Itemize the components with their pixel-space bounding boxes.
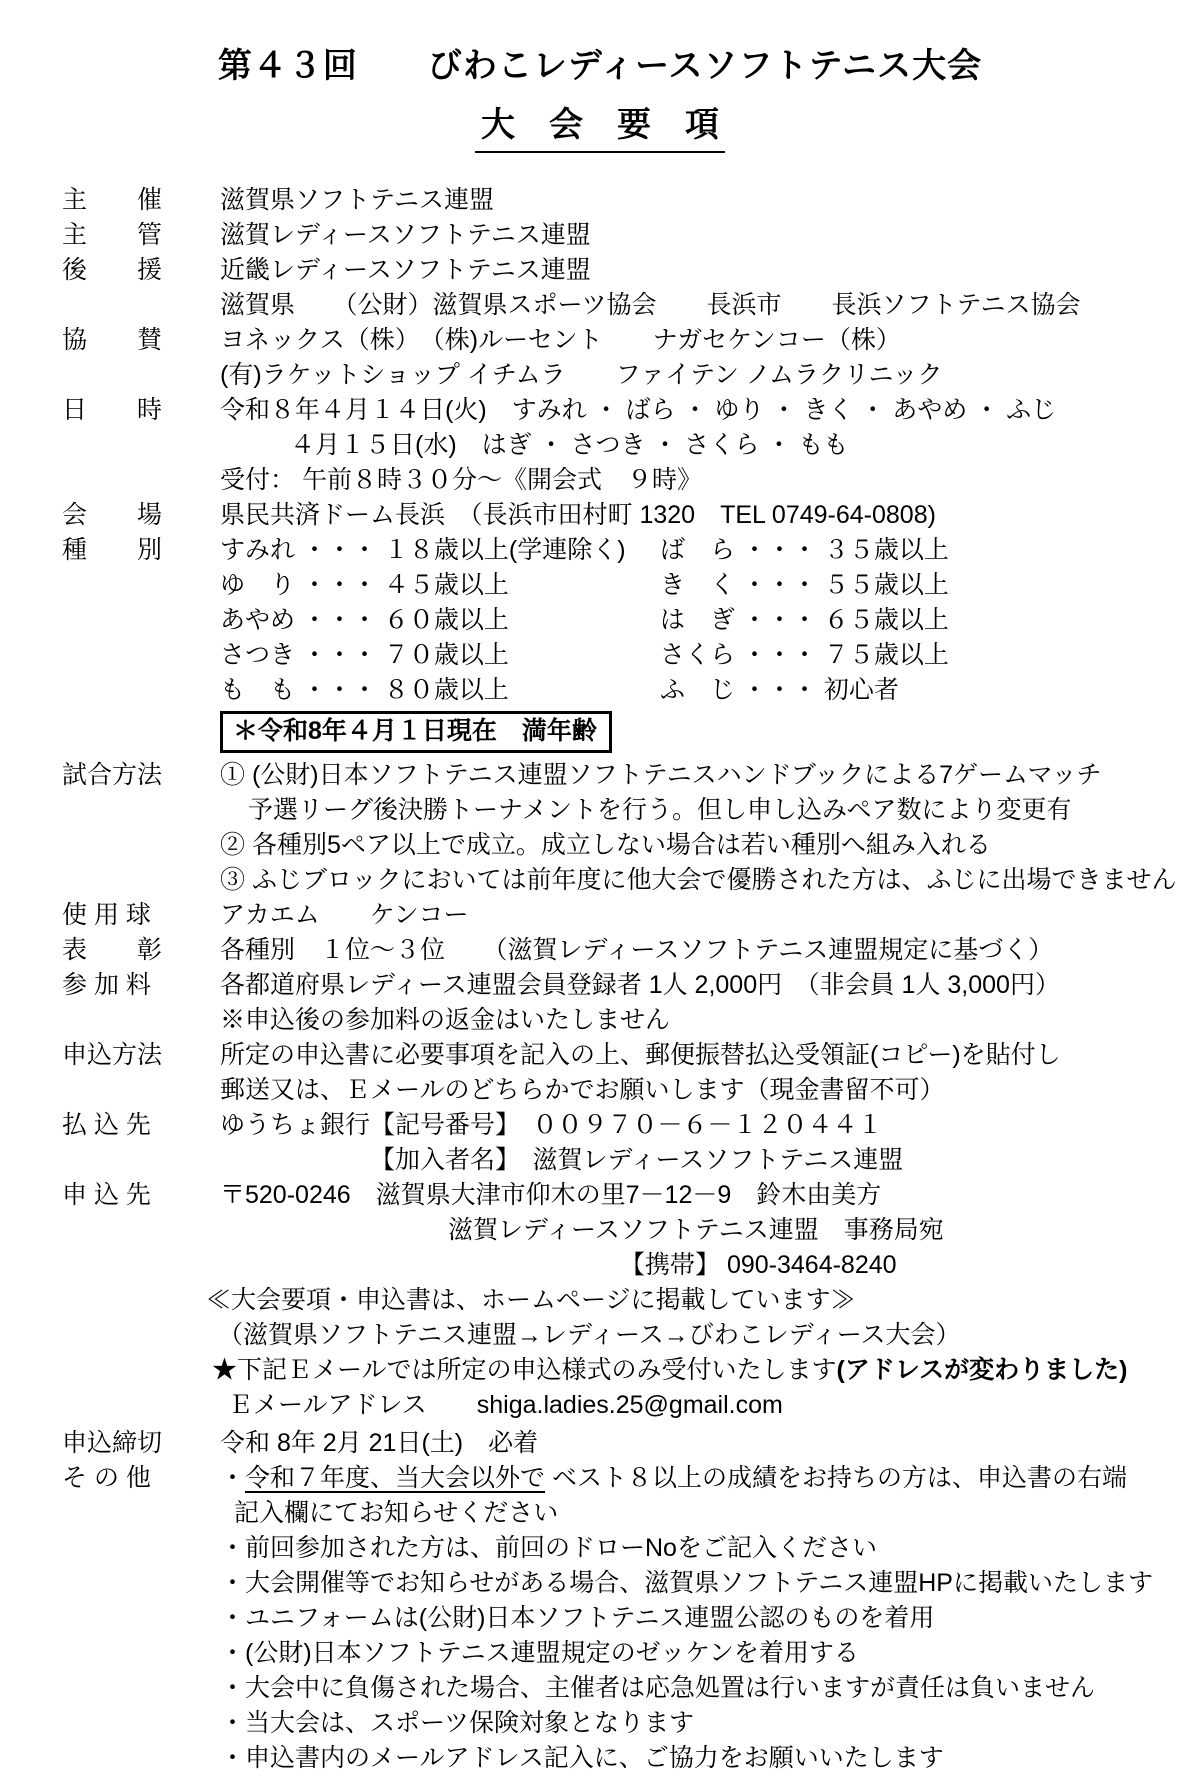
- row-content: (有)ラケットショップ イチムラ ファイテン ノムラクリニック: [220, 358, 943, 393]
- doc-row: ・当大会は、スポーツ保険対象となります: [62, 1706, 1160, 1741]
- doc-row: ・前回参加された方は、前回のドローNoをご記入ください: [62, 1531, 1160, 1566]
- row-content: ≪大会要項・申込書は、ホームページに掲載しています≫: [206, 1283, 856, 1318]
- text-segment: 受付： 午前８時３０分～《開会式 ９時》: [220, 466, 702, 494]
- row-content: Ｅメールアドレス shiga.ladies.25@gmail.com: [228, 1388, 783, 1423]
- text-segment: 滋賀レディースソフトテニス連盟 事務局宛: [448, 1216, 944, 1244]
- doc-row: ・申込書内のメールアドレス記入に、ご協力をお願いいたします: [62, 1741, 1160, 1776]
- text-segment: Ｅメールアドレス shiga.ladies.25@gmail.com: [228, 1391, 783, 1419]
- text-segment: さくら ・・・ ７５歳以上: [660, 641, 949, 669]
- text-segment: 令和８年４月１４日(火) すみれ ・ ばら ・ ゆり ・ きく ・ あやめ ・ …: [220, 396, 1056, 424]
- row-content: あやめ ・・・ ６０歳以上は ぎ ・・・ ６５歳以上: [220, 603, 949, 638]
- text-segment: ・前回参加された方は、前回のドローNoをご記入ください: [220, 1534, 877, 1562]
- doc-row: ・大会開催等でお知らせがある場合、滋賀県ソフトテニス連盟HPに掲載いたします: [62, 1566, 1160, 1601]
- doc-row: 【携帯】 090-3464-8240: [62, 1248, 1160, 1283]
- text-segment: は ぎ ・・・ ６５歳以上: [660, 606, 949, 634]
- row-label: 種 別: [62, 533, 174, 568]
- doc-row: 申込締切令和 8年 2月 21日(土) 必着: [62, 1426, 1160, 1461]
- doc-row: 参 加 料各都道府県レディース連盟会員登録者 1人 2,000円 （非会員 1人…: [62, 968, 1160, 1003]
- row-content: アカエム ケンコー: [220, 898, 469, 933]
- text-segment: 滋賀レディースソフトテニス連盟: [220, 221, 591, 249]
- text-segment: き く ・・・ ５５歳以上: [660, 571, 949, 599]
- doc-row: ・ユニフォームは(公財)日本ソフトテニス連盟公認のものを着用: [62, 1601, 1160, 1636]
- row-content: 県民共済ドーム長浜 （長浜市田村町 1320 TEL 0749-64-0808): [220, 498, 936, 533]
- text-segment: 記入欄にてお知らせください: [234, 1499, 558, 1527]
- doc-row: (有)ラケットショップ イチムラ ファイテン ノムラクリニック: [62, 358, 1160, 393]
- text-segment: ＊令和8年４月１日現在 満年齢: [233, 717, 597, 745]
- text-segment: 滋賀県 （公財）滋賀県スポーツ協会 長浜市 長浜ソフトテニス協会: [220, 291, 1081, 319]
- row-content: 滋賀県ソフトテニス連盟: [220, 183, 494, 218]
- doc-row: Ｅメールアドレス shiga.ladies.25@gmail.com: [62, 1388, 1160, 1423]
- row-label: 申 込 先: [62, 1178, 174, 1213]
- row-label: 払 込 先: [62, 1108, 174, 1143]
- doc-row: 後 援近畿レディースソフトテニス連盟: [62, 253, 1160, 288]
- text-segment: 【加入者名】 滋賀レディースソフトテニス連盟: [370, 1146, 903, 1174]
- doc-row: 【加入者名】 滋賀レディースソフトテニス連盟: [62, 1143, 1160, 1178]
- text-segment: ② 各種別5ペア以上で成立。成立しない場合は若い種別へ組み入れる: [220, 831, 991, 859]
- text-segment: 令和 8年 2月 21日(土) 必着: [220, 1429, 538, 1457]
- row-label: 協 賛: [62, 323, 174, 358]
- row-content: 滋賀県 （公財）滋賀県スポーツ協会 長浜市 長浜ソフトテニス協会: [220, 288, 1081, 323]
- document-subtitle: 大 会 要 項: [475, 97, 725, 153]
- doc-row: ② 各種別5ペア以上で成立。成立しない場合は若い種別へ組み入れる: [62, 828, 1160, 863]
- text-segment: 所定の申込書に必要事項を記入の上、郵便振替払込受領証(コピー)を貼付し: [220, 1041, 1061, 1069]
- row-label: 会 場: [62, 498, 174, 533]
- age-note-box: ＊令和8年４月１日現在 満年齢: [220, 711, 612, 753]
- doc-row: も も ・・・ ８０歳以上ふ じ ・・・ 初心者: [62, 673, 1160, 708]
- row-content: 各種別 １位～３位 （滋賀レディースソフトテニス連盟規定に基づく）: [220, 933, 1053, 968]
- row-label: 申込方法: [62, 1038, 174, 1073]
- doc-row: 郵送又は、Ｅメールのどちらかでお願いします（現金書留不可）: [62, 1073, 1160, 1108]
- row-content: ・(公財)日本ソフトテニス連盟規定のゼッケンを着用する: [220, 1636, 859, 1671]
- doc-row: 試合方法① (公財)日本ソフトテニス連盟ソフトテニスハンドブックによる7ゲームマ…: [62, 758, 1160, 793]
- text-segment: ・ユニフォームは(公財)日本ソフトテニス連盟公認のものを着用: [220, 1604, 934, 1632]
- text-segment: 令和７年度、当大会以外で: [245, 1464, 545, 1492]
- row-content: 【加入者名】 滋賀レディースソフトテニス連盟: [370, 1143, 903, 1178]
- row-content: すみれ ・・・ １８歳以上(学連除く)ば ら ・・・ ３５歳以上: [220, 533, 949, 568]
- row-content: 近畿レディースソフトテニス連盟: [220, 253, 591, 288]
- text-segment: アカエム ケンコー: [220, 901, 469, 929]
- row-content: 【携帯】 090-3464-8240: [620, 1248, 897, 1283]
- text-segment: (アドレスが変わりました): [837, 1356, 1128, 1384]
- doc-row: 主 管滋賀レディースソフトテニス連盟: [62, 218, 1160, 253]
- row-label: 参 加 料: [62, 968, 174, 1003]
- text-segment: ベスト８以上の成績をお持ちの方は、申込書の右端: [545, 1464, 1127, 1492]
- row-content: ③ ふじブロックにおいては前年度に他大会で優勝された方は、ふじに出場できません: [220, 863, 1176, 898]
- row-content: ★下記Ｅメールでは所定の申込様式のみ受付いたします(アドレスが変わりました): [212, 1353, 1127, 1388]
- row-label: 試合方法: [62, 758, 174, 793]
- row-content: （滋賀県ソフトテニス連盟→レディース→びわこレディース大会）: [218, 1318, 961, 1353]
- text-segment: ③ ふじブロックにおいては前年度に他大会で優勝された方は、ふじに出場できません: [220, 866, 1176, 894]
- doc-row: ★下記Ｅメールでは所定の申込様式のみ受付いたします(アドレスが変わりました): [62, 1353, 1160, 1388]
- text-segment: 予選リーグ後決勝トーナメントを行う。但し申し込みペア数により変更有: [248, 796, 1072, 824]
- row-label: 日 時: [62, 393, 174, 428]
- row-content: さつき ・・・ ７０歳以上さくら ・・・ ７５歳以上: [220, 638, 949, 673]
- doc-row: 会 場県民共済ドーム長浜 （長浜市田村町 1320 TEL 0749-64-08…: [62, 498, 1160, 533]
- document-header: 第４３回 びわこレディースソフトテニス大会 大 会 要 項: [0, 0, 1200, 153]
- row-content: ４月１５日(水) はぎ ・ さつき ・ さくら ・ もも: [290, 428, 848, 463]
- row-content: ・ユニフォームは(公財)日本ソフトテニス連盟公認のものを着用: [220, 1601, 934, 1636]
- document-body: 主 催滋賀県ソフトテニス連盟主 管滋賀レディースソフトテニス連盟後 援近畿レディ…: [0, 183, 1200, 1776]
- row-content: ヨネックス（株） （株)ルーセント ナガセケンコー（株）: [220, 323, 901, 358]
- tournament-title: 第４３回 びわこレディースソフトテニス大会: [0, 38, 1200, 87]
- doc-row: 受付： 午前８時３０分～《開会式 ９時》: [62, 463, 1160, 498]
- text-segment: ・当大会は、スポーツ保険対象となります: [220, 1709, 694, 1737]
- doc-row: 日 時令和８年４月１４日(火) すみれ ・ ばら ・ ゆり ・ きく ・ あやめ…: [62, 393, 1160, 428]
- text-segment: 【携帯】 090-3464-8240: [620, 1251, 897, 1279]
- text-segment: ※申込後の参加料の返金はいたしません: [220, 1006, 670, 1034]
- row-content: ① (公財)日本ソフトテニス連盟ソフトテニスハンドブックによる7ゲームマッチ: [220, 758, 1102, 793]
- row-label: 表 彰: [62, 933, 174, 968]
- doc-row: （滋賀県ソフトテニス連盟→レディース→びわこレディース大会）: [62, 1318, 1160, 1353]
- row-content: ・前回参加された方は、前回のドローNoをご記入ください: [220, 1531, 877, 1566]
- text-segment: さつき ・・・ ７０歳以上: [220, 638, 660, 673]
- row-content: ・令和７年度、当大会以外で ベスト８以上の成績をお持ちの方は、申込書の右端: [220, 1461, 1127, 1496]
- text-segment: ふ じ ・・・ 初心者: [660, 676, 899, 704]
- row-label: 主 催: [62, 183, 174, 218]
- row-content: 所定の申込書に必要事項を記入の上、郵便振替払込受領証(コピー)を貼付し: [220, 1038, 1061, 1073]
- doc-row: 記入欄にてお知らせください: [62, 1496, 1160, 1531]
- doc-row: 表 彰各種別 １位～３位 （滋賀レディースソフトテニス連盟規定に基づく）: [62, 933, 1160, 968]
- text-segment: すみれ ・・・ １８歳以上(学連除く): [220, 533, 660, 568]
- text-segment: ヨネックス（株） （株)ルーセント ナガセケンコー（株）: [220, 326, 901, 354]
- text-segment: ★下記Ｅメールでは所定の申込様式のみ受付いたします: [212, 1356, 837, 1384]
- doc-row: ③ ふじブロックにおいては前年度に他大会で優勝された方は、ふじに出場できません: [62, 863, 1160, 898]
- row-content: 〒520-0246 滋賀県大津市仰木の里7－12－9 鈴木由美方: [220, 1178, 881, 1213]
- row-content: ゆうちょ銀行【記号番号】 ００９７０－６－１２０４４１: [220, 1108, 883, 1143]
- row-content: ② 各種別5ペア以上で成立。成立しない場合は若い種別へ組み入れる: [220, 828, 991, 863]
- text-segment: ・(公財)日本ソフトテニス連盟規定のゼッケンを着用する: [220, 1639, 859, 1667]
- tournament-outline-document: 第４３回 びわこレディースソフトテニス大会 大 会 要 項 主 催滋賀県ソフトテ…: [0, 0, 1200, 1787]
- row-content: 郵送又は、Ｅメールのどちらかでお願いします（現金書留不可）: [220, 1073, 945, 1108]
- doc-row: あやめ ・・・ ６０歳以上は ぎ ・・・ ６５歳以上: [62, 603, 1160, 638]
- doc-row: ＊令和8年４月１日現在 満年齢: [62, 708, 1160, 758]
- text-segment: ≪大会要項・申込書は、ホームページに掲載しています≫: [206, 1286, 856, 1314]
- text-segment: も も ・・・ ８０歳以上: [220, 673, 660, 708]
- doc-row: そ の 他・令和７年度、当大会以外で ベスト８以上の成績をお持ちの方は、申込書の…: [62, 1461, 1160, 1496]
- doc-row: 滋賀レディースソフトテニス連盟 事務局宛: [62, 1213, 1160, 1248]
- doc-row: 払 込 先ゆうちょ銀行【記号番号】 ００９７０－６－１２０４４１: [62, 1108, 1160, 1143]
- row-content: 令和 8年 2月 21日(土) 必着: [220, 1426, 538, 1461]
- row-content: 各都道府県レディース連盟会員登録者 1人 2,000円 （非会員 1人 3,00…: [220, 968, 1060, 1003]
- row-label: 申込締切: [62, 1426, 174, 1461]
- row-content: ※申込後の参加料の返金はいたしません: [220, 1003, 670, 1038]
- row-content: ・大会中に負傷された場合、主催者は応急処置は行いますが責任は負いません: [220, 1671, 1095, 1706]
- text-segment: ・: [220, 1464, 245, 1492]
- text-segment: 郵送又は、Ｅメールのどちらかでお願いします（現金書留不可）: [220, 1076, 945, 1104]
- doc-row: 種 別すみれ ・・・ １８歳以上(学連除く)ば ら ・・・ ３５歳以上: [62, 533, 1160, 568]
- text-segment: 〒520-0246 滋賀県大津市仰木の里7－12－9 鈴木由美方: [220, 1181, 881, 1209]
- row-content: ・申込書内のメールアドレス記入に、ご協力をお願いいたします: [220, 1741, 944, 1776]
- row-content: ・大会開催等でお知らせがある場合、滋賀県ソフトテニス連盟HPに掲載いたします: [220, 1566, 1153, 1601]
- row-content: 令和８年４月１４日(火) すみれ ・ ばら ・ ゆり ・ きく ・ あやめ ・ …: [220, 393, 1056, 428]
- row-content: 記入欄にてお知らせください: [234, 1496, 558, 1531]
- row-content: ゆ り ・・・ ４５歳以上き く ・・・ ５５歳以上: [220, 568, 949, 603]
- doc-row: 使 用 球アカエム ケンコー: [62, 898, 1160, 933]
- text-segment: 県民共済ドーム長浜 （長浜市田村町 1320 TEL 0749-64-0808): [220, 501, 936, 529]
- doc-row: ４月１５日(水) はぎ ・ さつき ・ さくら ・ もも: [62, 428, 1160, 463]
- text-segment: 滋賀県ソフトテニス連盟: [220, 186, 494, 214]
- text-segment: （滋賀県ソフトテニス連盟→レディース→びわこレディース大会）: [218, 1321, 961, 1349]
- row-content: 滋賀レディースソフトテニス連盟: [220, 218, 591, 253]
- row-content: 受付： 午前８時３０分～《開会式 ９時》: [220, 463, 702, 498]
- doc-row: 滋賀県 （公財）滋賀県スポーツ協会 長浜市 長浜ソフトテニス協会: [62, 288, 1160, 323]
- text-segment: ① (公財)日本ソフトテニス連盟ソフトテニスハンドブックによる7ゲームマッチ: [220, 761, 1102, 789]
- doc-row: ・(公財)日本ソフトテニス連盟規定のゼッケンを着用する: [62, 1636, 1160, 1671]
- doc-row: 主 催滋賀県ソフトテニス連盟: [62, 183, 1160, 218]
- text-segment: ば ら ・・・ ３５歳以上: [660, 536, 949, 564]
- text-segment: ４月１５日(水) はぎ ・ さつき ・ さくら ・ もも: [290, 431, 848, 459]
- text-segment: ・申込書内のメールアドレス記入に、ご協力をお願いいたします: [220, 1744, 944, 1772]
- row-content: 予選リーグ後決勝トーナメントを行う。但し申し込みペア数により変更有: [248, 793, 1072, 828]
- doc-row: ※申込後の参加料の返金はいたしません: [62, 1003, 1160, 1038]
- doc-row: 協 賛ヨネックス（株） （株)ルーセント ナガセケンコー（株）: [62, 323, 1160, 358]
- row-content: 滋賀レディースソフトテニス連盟 事務局宛: [448, 1213, 944, 1248]
- text-segment: 近畿レディースソフトテニス連盟: [220, 256, 591, 284]
- text-segment: ゆうちょ銀行【記号番号】 ００９７０－６－１２０４４１: [220, 1111, 883, 1139]
- document-subtitle-wrap: 大 会 要 項: [0, 97, 1200, 153]
- doc-row: さつき ・・・ ７０歳以上さくら ・・・ ７５歳以上: [62, 638, 1160, 673]
- row-label: そ の 他: [62, 1461, 174, 1496]
- row-label: 後 援: [62, 253, 174, 288]
- doc-row: 申込方法所定の申込書に必要事項を記入の上、郵便振替払込受領証(コピー)を貼付し: [62, 1038, 1160, 1073]
- doc-row: 予選リーグ後決勝トーナメントを行う。但し申し込みペア数により変更有: [62, 793, 1160, 828]
- text-segment: 各都道府県レディース連盟会員登録者 1人 2,000円 （非会員 1人 3,00…: [220, 971, 1060, 999]
- doc-row: ゆ り ・・・ ４５歳以上き く ・・・ ５５歳以上: [62, 568, 1160, 603]
- row-content: ・当大会は、スポーツ保険対象となります: [220, 1706, 694, 1741]
- row-label: 使 用 球: [62, 898, 174, 933]
- text-segment: 各種別 １位～３位 （滋賀レディースソフトテニス連盟規定に基づく）: [220, 936, 1053, 964]
- doc-row: 申 込 先〒520-0246 滋賀県大津市仰木の里7－12－9 鈴木由美方: [62, 1178, 1160, 1213]
- row-content: も も ・・・ ８０歳以上ふ じ ・・・ 初心者: [220, 673, 899, 708]
- text-segment: (有)ラケットショップ イチムラ ファイテン ノムラクリニック: [220, 361, 943, 389]
- text-segment: ゆ り ・・・ ４５歳以上: [220, 568, 660, 603]
- doc-row: ≪大会要項・申込書は、ホームページに掲載しています≫: [62, 1283, 1160, 1318]
- text-segment: ・大会開催等でお知らせがある場合、滋賀県ソフトテニス連盟HPに掲載いたします: [220, 1569, 1153, 1597]
- doc-row: ・大会中に負傷された場合、主催者は応急処置は行いますが責任は負いません: [62, 1671, 1160, 1706]
- text-segment: あやめ ・・・ ６０歳以上: [220, 603, 660, 638]
- text-segment: ・大会中に負傷された場合、主催者は応急処置は行いますが責任は負いません: [220, 1674, 1095, 1702]
- row-label: 主 管: [62, 218, 174, 253]
